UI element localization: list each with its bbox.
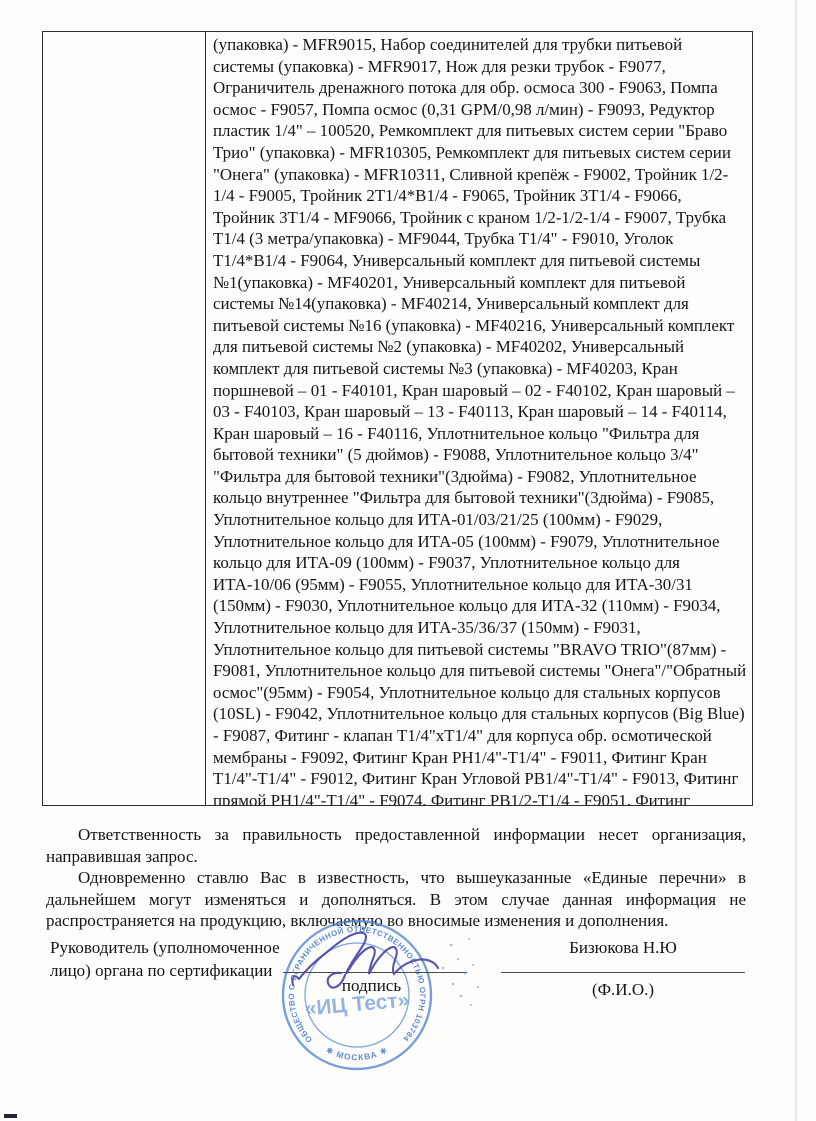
name-line [501,972,745,973]
scanned-document-page: (упаковка) - MFR9015, Набор соединителей… [0,0,816,1121]
signature-start-curl [292,976,299,985]
signatory-role-label: Руководитель (уполномоченное лицо) орган… [50,936,298,982]
name-caption: (Ф.И.О.) [501,980,745,1000]
signature-loop [328,973,345,988]
signature-stroke [299,933,438,979]
product-list-table: (упаковка) - MFR9015, Набор соединителей… [42,31,753,806]
table-cell-empty [43,32,206,805]
signatory-name: Бизюкова Н.Ю [501,938,745,958]
scan-corner-mark [4,1114,17,1118]
ink-specks [442,938,479,1006]
paragraph-responsibility: Ответственность за правильность предоста… [46,824,746,867]
handwritten-signature [283,921,488,1016]
body-paragraphs: Ответственность за правильность предоста… [46,824,746,932]
scan-edge-artifact [795,0,797,1121]
table-cell-products: (упаковка) - MFR9015, Набор соединителей… [206,32,752,805]
